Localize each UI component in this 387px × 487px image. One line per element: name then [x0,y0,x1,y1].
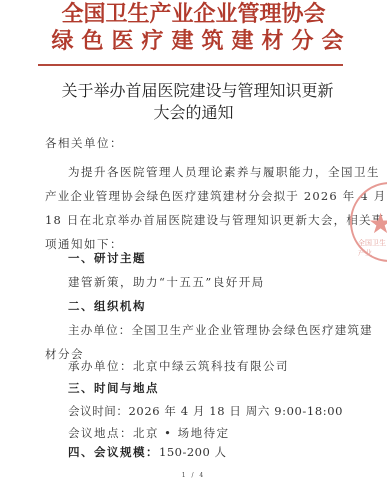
intro-line-2: 产业企业管理协会绿色医疗建筑建材分会拟于 2026 年 4 月 [45,188,386,204]
section-2-heading: 二、组织机构 [68,298,146,314]
section-2-host-line-1: 主办单位：全国卫生产业企业管理协会绿色医疗建筑建 [68,322,373,338]
section-4-value: 150-200 人 [159,445,226,459]
section-1-text: 建管新策，助力“十五五”良好开局 [68,274,265,290]
document-title-line-1: 关于举办首届医院建设与管理知识更新 [4,81,387,101]
intro-line-3: 18 日在北京举办首届医院建设与管理知识更新大会，相关事 [45,212,384,228]
section-3-heading: 三、时间与地点 [68,380,159,396]
intro-line-1: 为提升各医院管理人员理论素养与履职能力，全国卫生 [68,164,380,180]
letterhead-divider [38,64,343,66]
letterhead-line-2: 绿色医疗建筑建材分会 [0,29,387,55]
section-4-heading: 四、会议规模： [68,445,159,459]
section-1-heading: 一、研讨主题 [68,250,146,266]
section-3-time: 会议时间：2026 年 4 月 18 日 周六 9:00-18:00 [68,403,343,419]
section-3-place: 会议地点：北京 • 场地待定 [68,425,230,441]
seal-text: 全国卫生产业 [358,238,387,258]
document-title-line-2: 大会的通知 [0,103,387,123]
page-number: 1 / 4 [0,472,387,479]
section-4-line: 四、会议规模：150-200 人 [68,444,226,460]
star-icon: ★ [368,210,387,238]
salutation: 各相关单位： [45,135,123,151]
section-2-organizer: 承办单位：北京中绿云筑科技有限公司 [68,358,289,374]
letterhead-line-1: 全国卫生产业企业管理协会 [0,2,387,28]
